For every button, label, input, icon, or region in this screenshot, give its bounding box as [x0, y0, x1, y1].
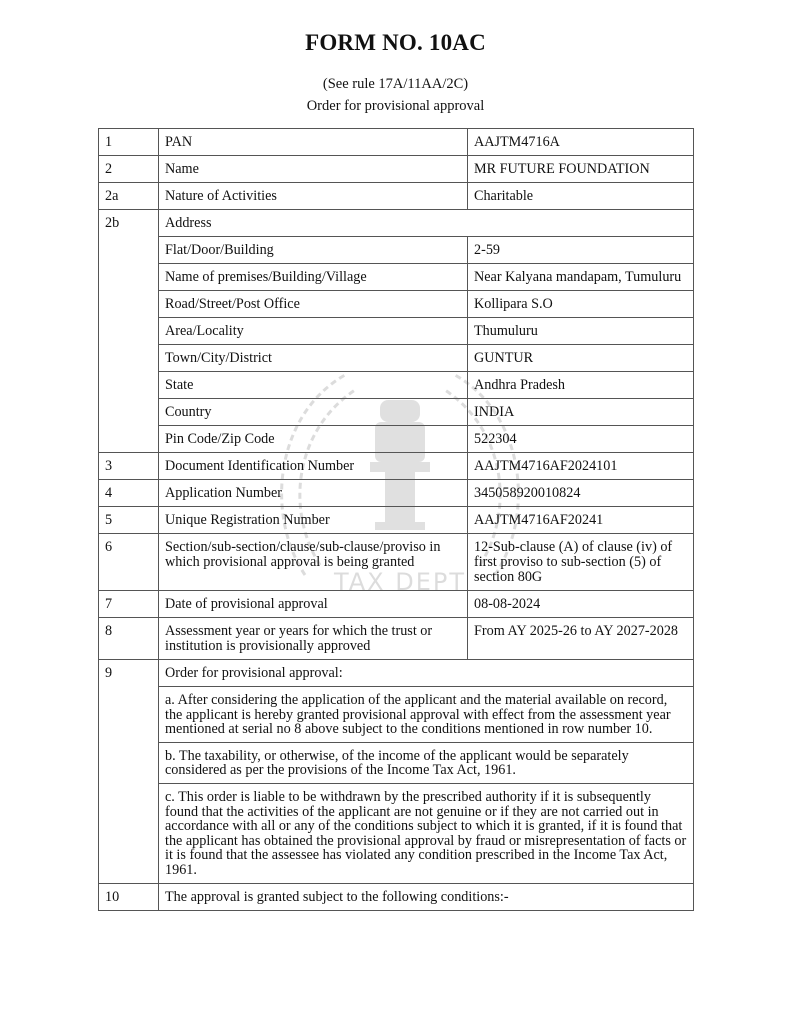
- table-row: 3 Document Identification Number AAJTM47…: [99, 453, 694, 480]
- approval-date-value: 08-08-2024: [468, 591, 694, 618]
- row-number: 7: [99, 591, 159, 618]
- din-label: Document Identification Number: [159, 453, 468, 480]
- table-row: 2 Name MR FUTURE FOUNDATION: [99, 156, 694, 183]
- section-value: 12-Sub-clause (A) of clause (iv) of firs…: [468, 534, 694, 591]
- address-field-value: INDIA: [468, 399, 694, 426]
- form-subtitle: Order for provisional approval: [0, 98, 791, 115]
- row-number: 8: [99, 618, 159, 660]
- row-number: 5: [99, 507, 159, 534]
- order-paragraph-c: c. This order is liable to be withdrawn …: [159, 783, 694, 883]
- address-field-value: Andhra Pradesh: [468, 372, 694, 399]
- address-row: Road/Street/Post Office Kollipara S.O: [99, 291, 694, 318]
- nature-label: Nature of Activities: [159, 183, 468, 210]
- table-row: 1 PAN AAJTM4716A: [99, 129, 694, 156]
- assessment-year-value: From AY 2025-26 to AY 2027-2028: [468, 618, 694, 660]
- address-field-label: Flat/Door/Building: [159, 237, 468, 264]
- row-number: 9: [99, 660, 159, 884]
- row-number: 2: [99, 156, 159, 183]
- section-label: Section/sub-section/clause/sub-clause/pr…: [159, 534, 468, 591]
- application-number-value: 345058920010824: [468, 480, 694, 507]
- order-paragraph-b: b. The taxability, or otherwise, of the …: [159, 742, 694, 783]
- table-row: 10 The approval is granted subject to th…: [99, 883, 694, 910]
- address-field-label: Country: [159, 399, 468, 426]
- row-number: 1: [99, 129, 159, 156]
- urn-label: Unique Registration Number: [159, 507, 468, 534]
- address-row: Area/Locality Thumuluru: [99, 318, 694, 345]
- address-row: Flat/Door/Building 2-59: [99, 237, 694, 264]
- row-number: 2b: [99, 210, 159, 453]
- address-field-value: Thumuluru: [468, 318, 694, 345]
- address-row: State Andhra Pradesh: [99, 372, 694, 399]
- address-row: Town/City/District GUNTUR: [99, 345, 694, 372]
- address-field-value: GUNTUR: [468, 345, 694, 372]
- address-field-label: Area/Locality: [159, 318, 468, 345]
- application-number-label: Application Number: [159, 480, 468, 507]
- pan-value: AAJTM4716A: [468, 129, 694, 156]
- table-row: 7 Date of provisional approval 08-08-202…: [99, 591, 694, 618]
- row-number: 2a: [99, 183, 159, 210]
- name-label: Name: [159, 156, 468, 183]
- assessment-year-label: Assessment year or years for which the t…: [159, 618, 468, 660]
- order-paragraph-row: b. The taxability, or otherwise, of the …: [99, 742, 694, 783]
- address-field-label: Town/City/District: [159, 345, 468, 372]
- address-row: Pin Code/Zip Code 522304: [99, 426, 694, 453]
- row-number: 6: [99, 534, 159, 591]
- form-table: 1 PAN AAJTM4716A 2 Name MR FUTURE FOUNDA…: [98, 128, 694, 911]
- address-field-value: 522304: [468, 426, 694, 453]
- order-paragraph-row: a. After considering the application of …: [99, 687, 694, 743]
- row-number: 10: [99, 883, 159, 910]
- name-value: MR FUTURE FOUNDATION: [468, 156, 694, 183]
- table-row: 5 Unique Registration Number AAJTM4716AF…: [99, 507, 694, 534]
- address-row: Country INDIA: [99, 399, 694, 426]
- table-row: 9 Order for provisional approval:: [99, 660, 694, 687]
- address-field-label: Road/Street/Post Office: [159, 291, 468, 318]
- row-number: 4: [99, 480, 159, 507]
- approval-date-label: Date of provisional approval: [159, 591, 468, 618]
- address-field-value: 2-59: [468, 237, 694, 264]
- address-field-label: Pin Code/Zip Code: [159, 426, 468, 453]
- table-row: 6 Section/sub-section/clause/sub-clause/…: [99, 534, 694, 591]
- conditions-heading: The approval is granted subject to the f…: [159, 883, 694, 910]
- nature-value: Charitable: [468, 183, 694, 210]
- address-field-label: Name of premises/Building/Village: [159, 264, 468, 291]
- address-field-value: Kollipara S.O: [468, 291, 694, 318]
- address-row: Name of premises/Building/Village Near K…: [99, 264, 694, 291]
- address-field-value: Near Kalyana mandapam, Tumuluru: [468, 264, 694, 291]
- row-number: 3: [99, 453, 159, 480]
- table-row: 4 Application Number 345058920010824: [99, 480, 694, 507]
- order-paragraph-a: a. After considering the application of …: [159, 687, 694, 743]
- order-paragraph-row: c. This order is liable to be withdrawn …: [99, 783, 694, 883]
- table-row: 2b Address: [99, 210, 694, 237]
- form-title: FORM NO. 10AC: [0, 30, 791, 56]
- order-heading: Order for provisional approval:: [159, 660, 694, 687]
- table-row: 8 Assessment year or years for which the…: [99, 618, 694, 660]
- din-value: AAJTM4716AF2024101: [468, 453, 694, 480]
- address-label: Address: [159, 210, 694, 237]
- pan-label: PAN: [159, 129, 468, 156]
- table-row: 2a Nature of Activities Charitable: [99, 183, 694, 210]
- address-field-label: State: [159, 372, 468, 399]
- rule-reference: (See rule 17A/11AA/2C): [0, 76, 791, 93]
- urn-value: AAJTM4716AF20241: [468, 507, 694, 534]
